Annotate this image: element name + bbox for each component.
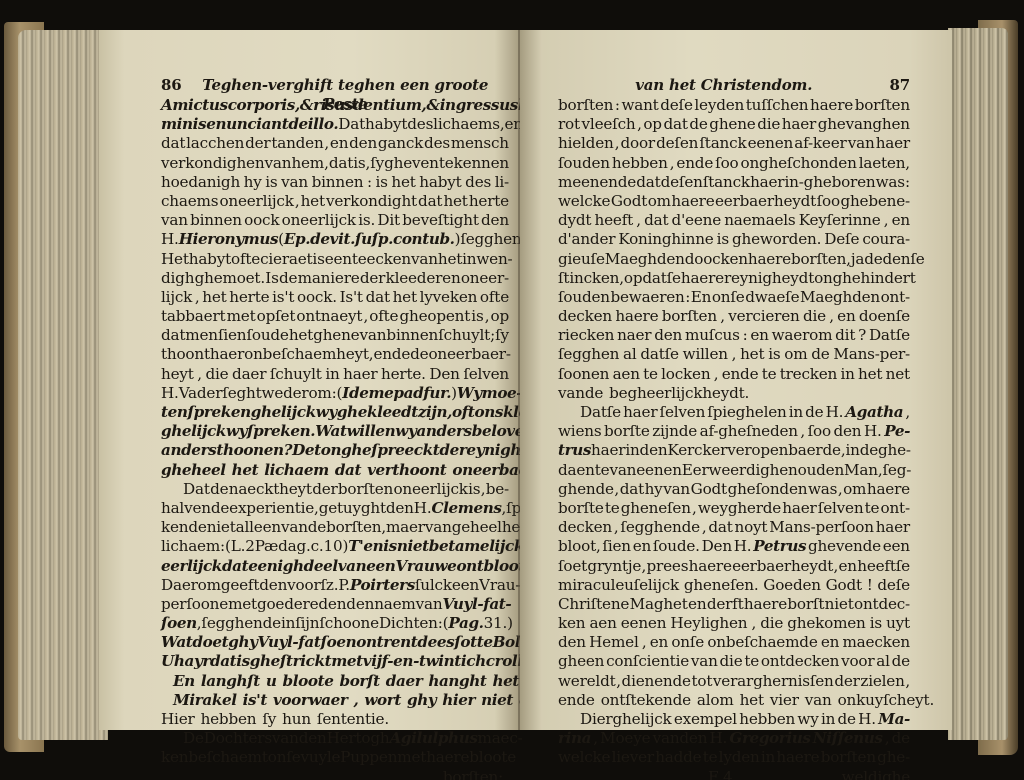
text-line: WatdoetghyVuyl-fatſoenontrentdeesſotteBo…: [161, 633, 509, 652]
text-line: minisenunciantdeillo.Dathabytdeslichaems…: [161, 115, 509, 134]
text-line: verkondighenvanhem,datis,ſygheventekenne…: [161, 154, 509, 173]
text-line: Daeromgeeftdenvoorſz.P.PoirtersſulckeenV…: [161, 576, 509, 595]
running-head: van het Christendom.: [558, 76, 890, 95]
text-line: Hierhebbenſyhunſententie.: [161, 710, 509, 729]
text-line: hoedanighhyisvanbinnen:ishethabytdesli-: [161, 173, 509, 192]
text-line: ſegghenaldatſewillen,hetisomdeMans-per-: [558, 345, 910, 364]
open-book: 86 Teghen-verghift teghen een groote Pes…: [4, 20, 1018, 772]
text-line: gheenconſcientievandieteontdeckenvoorald…: [558, 652, 910, 671]
text-line: ſoen,ſegghendeinſijnſchooneDichten:(Pag.…: [161, 614, 509, 633]
text-line: Amictuscorporis,&risusdentium,&ingressus…: [161, 96, 509, 115]
text-line: dighghemoet.Isdemanierederkleederenoneer…: [161, 269, 509, 288]
text-line: vanbinnenoockoneerlijckis.Ditbeveſtightd…: [161, 211, 509, 230]
text-line: halvendeexperientie,getuyghtdenH.Clemens…: [161, 499, 509, 518]
text-line: tenſprekenghelijckwyghekleedtzijn,oftons…: [161, 403, 509, 422]
text-line: ChriſteneMaghetenderfthaereborſtnietontd…: [558, 595, 910, 614]
text-line: hielden,doordeſenſtanckeenenaf-keervanha…: [558, 134, 910, 153]
text-line: chaemsoneerlijck,hetverkondightdathether…: [161, 192, 509, 211]
text-line: thoonthaeronbeſchaemheyt,endedeoneerbaer…: [161, 345, 509, 364]
right-page-body: borſten:wantdeſeleydentuſſchenhaereborſt…: [558, 96, 910, 768]
text-line: rotvleeſch,opdatdeghenediehaerghevanghen: [558, 115, 910, 134]
right-page: van het Christendom. 87 borſten:wantdeſe…: [520, 30, 952, 730]
text-line: borſten:: [161, 768, 509, 780]
text-line: Uhayrdatisgheſtricktmetvijf-en-twintichc…: [161, 652, 509, 671]
text-line: lichaem:(L.2Pædag.c.10)T'enisnietbetamel…: [161, 537, 509, 556]
text-line: dydtheeft,datd'eenenaemaelsKeyſerinne,en: [558, 211, 910, 230]
signature-mark: F 4: [708, 768, 732, 780]
text-line: decken,ſegghende,datnoytMans-perſoonhaer: [558, 518, 910, 537]
page-stack-left: [18, 30, 108, 740]
text-line: endeontſtekendealomhetviervanonkuyſcheyt…: [558, 691, 910, 710]
text-line: lijck,hetherteis'toock.Is'tdathetlyveken…: [161, 288, 509, 307]
text-line: bloot,ſienenſoude.DenH.Petrusghevendeeen: [558, 537, 910, 556]
text-line: Datdenaecktheytderborſtenoneerlijckis,be…: [161, 480, 509, 499]
text-line: kenbeſchaemtonſevuylePuppenmethaerebloot…: [161, 748, 509, 767]
text-line: kendenietalleenvandeborſten,maervangehee…: [161, 518, 509, 537]
left-page-body: Amictuscorporis,&risusdentium,&ingressus…: [161, 96, 509, 780]
page-number: 87: [890, 76, 910, 95]
text-line: ghelijckwyſpreken.Watwillenwyandersbelov…: [161, 422, 509, 441]
text-line: ghende,dathyvanGodtgheſondenwas,omhaere: [558, 480, 910, 499]
text-line: H.Vaderſeghtwederom:(Idemepadfur.)Wymoe-: [161, 384, 509, 403]
text-line: meenendedatdeſenſtanckhaerin-gheborenwas…: [558, 173, 910, 192]
signature-line: F 4 weldighe: [558, 768, 910, 780]
text-line: heyt,diedaerſchuyltinhaerherte.Denſelven: [161, 365, 509, 384]
text-line: denHemel,enonſeonbeſchaemdeenmaecken: [558, 633, 910, 652]
text-line: borſten:wantdeſeleydentuſſchenhaereborſt…: [558, 96, 910, 115]
catchword: weldighe: [842, 768, 910, 780]
text-line: ſoudenbewaeren:EnonſedwaeſeMaeghdenont-: [558, 288, 910, 307]
text-line: borſtetegheneſen,weygherdehaerſelventeon…: [558, 499, 910, 518]
left-page-text: 86 Teghen-verghift teghen een groote Pes…: [161, 76, 509, 780]
text-line: Hethabytoftecieraetiseenteeckenvanhetinw…: [161, 250, 509, 269]
text-line: vandebegheerlijckheydt.: [558, 384, 910, 403]
text-line: deckenhaereborſten,vercierendie,endoenſe: [558, 307, 910, 326]
text-line: trushaerindenKerckerveropenbaerde,indegh…: [558, 441, 910, 460]
text-line: wiensborſtezijndeaf-gheſneden,ſoodenH.Pe…: [558, 422, 910, 441]
text-line: Mirakelis'tvoorwaer,wortghyhiernieteenHo…: [161, 691, 509, 710]
text-line: tabbaertmetopſetontnaeyt,oftegheopentis,…: [161, 307, 509, 326]
text-line: miraculeuſelijckgheneſen.GoedenGodt!deſe: [558, 576, 910, 595]
text-line: welckelieverhaddetelydeninhaereborſtengh…: [558, 748, 910, 767]
text-line: perſoonemetgoederedendennaemvanVuyl-fat-: [161, 595, 509, 614]
text-line: d'anderKoninghinneisgheworden.Deſecoura-: [558, 230, 910, 249]
text-line: andersthoonen?Detongheſpreecktdereynighe…: [161, 441, 509, 460]
text-line: eerlijckdateenighdeelvaneenVrauweontbloo…: [161, 557, 509, 576]
right-page-text: van het Christendom. 87 borſten:wantdeſe…: [558, 76, 910, 780]
page-stack-right: [948, 28, 1008, 740]
text-line: ſtincken,opdatſehaerereynigheydtonghehin…: [558, 269, 910, 288]
page-number: 86: [161, 76, 181, 95]
text-line: datmenſienſoudehetghenevanbinnenſchuylt;…: [161, 326, 509, 345]
text-line: kenaeneenenHeylighen,dieghekomenisuyt: [558, 614, 910, 633]
text-line: gheheelhetlichaemdatverthoontoneerbaerhe…: [161, 461, 509, 480]
text-line: DatſehaerſelvenſpieghelenindeH.Agatha,: [558, 403, 910, 422]
text-line: ſoetgryntje,preeshaereeerbaerheydt,enhee…: [558, 557, 910, 576]
text-line: rieckennaerdenmuſcus:enwaeromdit?Datſe: [558, 326, 910, 345]
text-line: ſoonenaentelocken,endetetreckeninhetnet: [558, 365, 910, 384]
text-line: gieuſeMaeghdendoockenhaereborſten,jadede…: [558, 250, 910, 269]
text-line: welckeGodtomhaereeerbaerheydtſooghebene-: [558, 192, 910, 211]
right-page-header: van het Christendom. 87: [558, 76, 910, 96]
text-line: rina,MoeyevandenH.GregoriusNiſſenus,de: [558, 729, 910, 748]
text-line: Enlanghſtublooteborſtdaerhanghthetpeerle…: [161, 672, 509, 691]
text-line: daentevaneenenEerweerdighenoudenMan,ſeg-: [558, 461, 910, 480]
left-page-header: 86 Teghen-verghift teghen een groote Pes…: [161, 76, 509, 96]
text-line: DeDochtersvandenHertoghAgilulphusmaec-: [161, 729, 509, 748]
text-line: H.Hieronymus(Ep.devit.ſuſp.contub.)ſeggh…: [161, 230, 509, 249]
left-page: 86 Teghen-verghift teghen een groote Pes…: [99, 30, 520, 730]
text-line: datlacchendertanden,endenganckdesmensch: [161, 134, 509, 153]
text-line: ſoudenhebben,endeſooongheſchondenlaeten,: [558, 154, 910, 173]
text-line: wereldt,dienendetotverarghernisſenderzie…: [558, 672, 910, 691]
text-line: DierghelijckexempelhebbenwyindeH.Ma-: [558, 710, 910, 729]
